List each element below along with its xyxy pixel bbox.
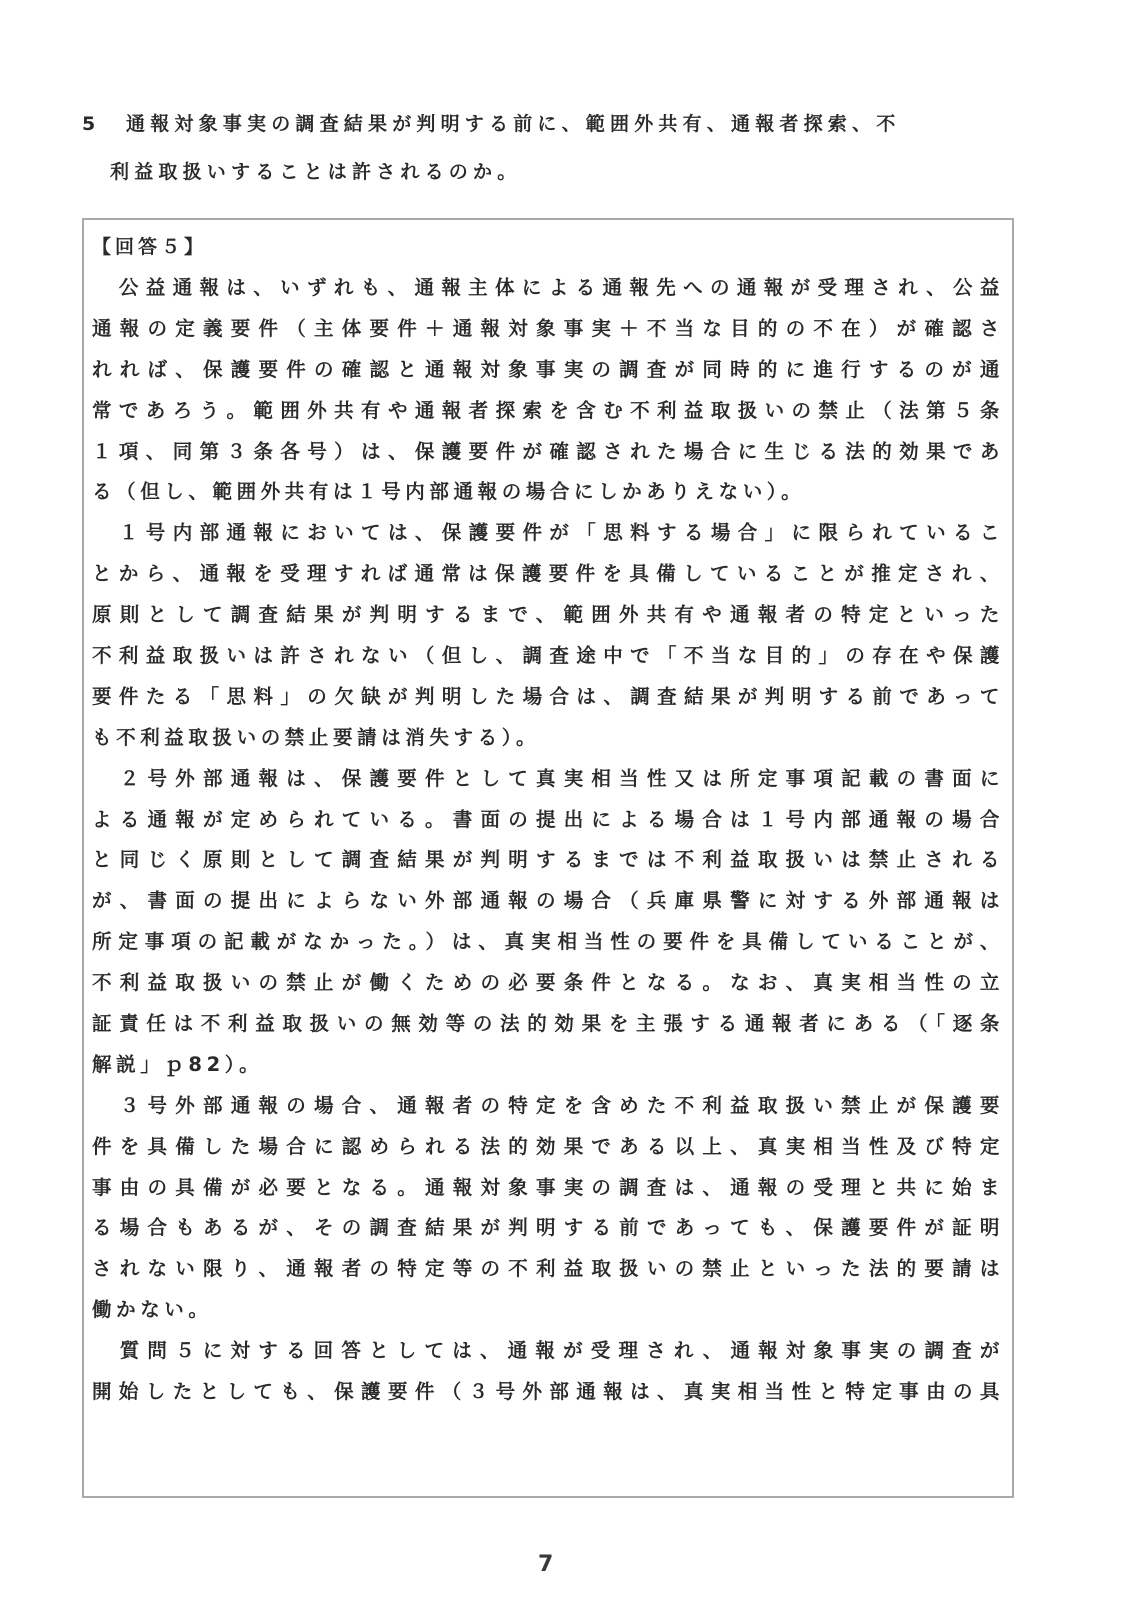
question-text-line-1: 通報対象事実の調査結果が判明する前に、範囲外共有、通報者探索、不 [126,113,900,135]
answer-line: と同じく原則として調査結果が判明するまでは不利益取扱いは禁止される [92,840,1004,881]
page-number: 7 [538,1552,553,1577]
answer-line: とから、通報を受理すれば通常は保護要件を具備していることが推定され、 [92,554,1004,595]
answer-line: 所定事項の記載がなかった。）は、真実相当性の要件を具備していることが、 [92,922,1004,963]
answer-line: 開始したとしても、保護要件（３号外部通報は、真実相当性と特定事由の具 [92,1372,1004,1413]
answer-line: 不利益取扱いの禁止が働くための必要条件となる。なお、真実相当性の立 [92,963,1004,1004]
answer-line: 公益通報は、いずれも、通報主体による通報先への通報が受理され、公益 [92,268,1004,309]
answer-line: 常であろう。範囲外共有や通報者探索を含む不利益取扱いの禁止（法第５条 [92,391,1004,432]
answer-line: 証責任は不利益取扱いの無効等の法的効果を主張する通報者にある（「逐条 [92,1004,1004,1045]
question-number: 5 [82,100,126,148]
answer-line: よる通報が定められている。書面の提出による場合は１号内部通報の場合 [92,800,1004,841]
answer-line: 原則として調査結果が判明するまで、範囲外共有や通報者の特定といった [92,595,1004,636]
answer-line: １項、同第３条各号）は、保護要件が確認された場合に生じる法的効果であ [92,432,1004,473]
answer-line: 事由の具備が必要となる。通報対象事実の調査は、通報の受理と共に始ま [92,1168,1004,1209]
answer-line: されない限り、通報者の特定等の不利益取扱いの禁止といった法的要請は [92,1249,1004,1290]
answer-line: 解説」ｐ82）。 [92,1045,1004,1086]
answer-line: る（但し、範囲外共有は１号内部通報の場合にしかありえない）。 [92,472,1004,513]
answer-line: る場合もあるが、その調査結果が判明する前であっても、保護要件が証明 [92,1208,1004,1249]
answer-line: ２号外部通報は、保護要件として真実相当性又は所定事項記載の書面に [92,759,1004,800]
answer-line: も不利益取扱いの禁止要請は消失する）。 [92,718,1004,759]
answer-line: 件を具備した場合に認められる法的効果である以上、真実相当性及び特定 [92,1127,1004,1168]
question-5: 5通報対象事実の調査結果が判明する前に、範囲外共有、通報者探索、不 利益取扱いす… [82,100,1022,196]
answer-line: が、書面の提出によらない外部通報の場合（兵庫県警に対する外部通報は [92,881,1004,922]
answer-line: 質問５に対する回答としては、通報が受理され、通報対象事実の調査が [92,1331,1004,1372]
answer-line: 働かない。 [92,1290,1004,1331]
answer-box: 【回答５】 公益通報は、いずれも、通報主体による通報先への通報が受理され、公益通… [82,218,1014,1498]
answer-line: ３号外部通報の場合、通報者の特定を含めた不利益取扱い禁止が保護要 [92,1086,1004,1127]
answer-line: 不利益取扱いは許されない（但し、調査途中で「不当な目的」の存在や保護 [92,636,1004,677]
answer-heading: 【回答５】 [92,232,207,259]
answer-body: 公益通報は、いずれも、通報主体による通報先への通報が受理され、公益通報の定義要件… [92,268,1004,1413]
answer-line: １号内部通報においては、保護要件が「思料する場合」に限られているこ [92,513,1004,554]
question-text-line-2: 利益取扱いすることは許されるのか。 [82,148,1022,196]
answer-line: れれば、保護要件の確認と通報対象事実の調査が同時的に進行するのが通 [92,350,1004,391]
answer-line: 要件たる「思料」の欠缺が判明した場合は、調査結果が判明する前であって [92,677,1004,718]
answer-line: 通報の定義要件（主体要件＋通報対象事実＋不当な目的の不在）が確認さ [92,309,1004,350]
